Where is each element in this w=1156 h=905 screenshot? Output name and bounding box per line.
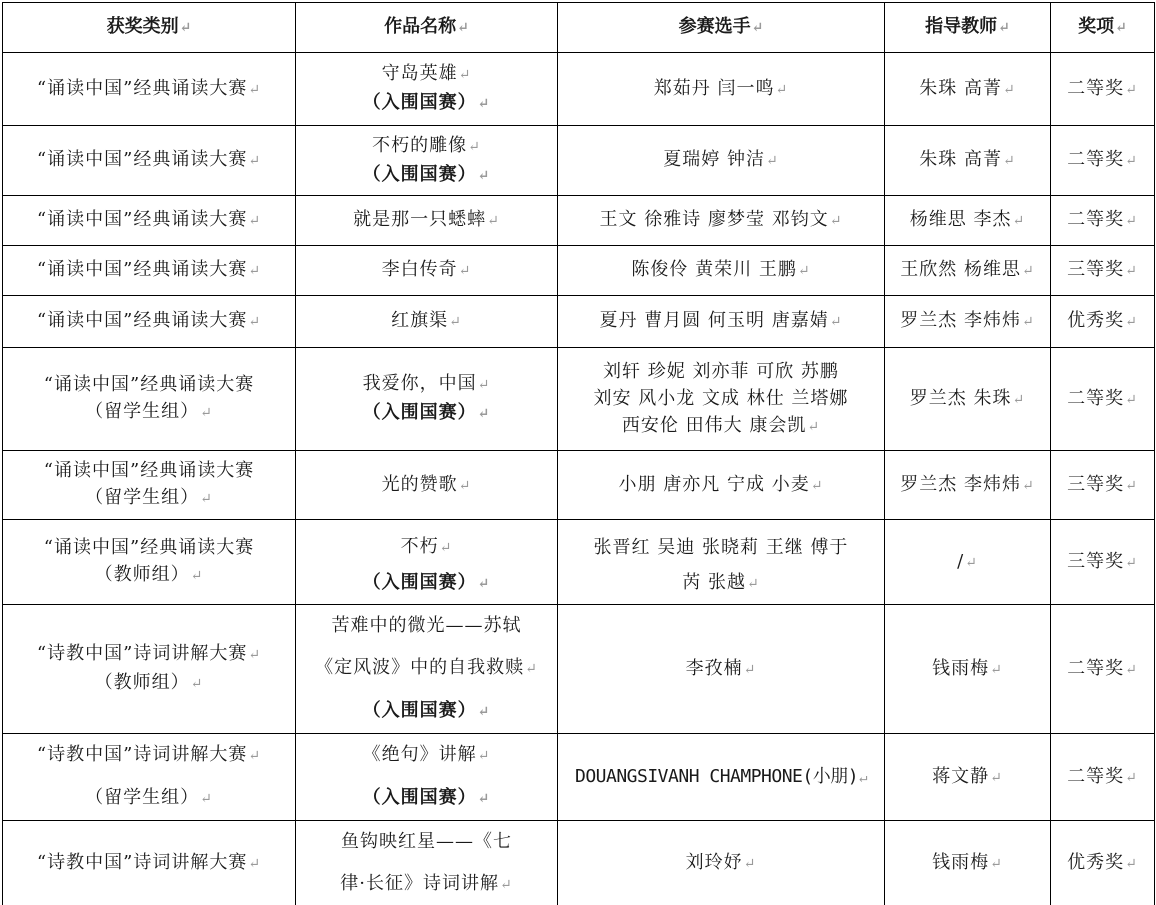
cell-award: 优秀奖↵ — [1051, 296, 1155, 348]
cell-teachers: 罗兰杰 朱珠↵ — [885, 348, 1051, 451]
table-row: “诵读中国”经典诵读大赛 （教师组）↵ 不朽↵ （入围国赛）↵ 张晋红 吴迪 张… — [3, 520, 1155, 605]
header-teachers: 指导教师↵ — [885, 3, 1051, 53]
cell-participants: 王文 徐雅诗 廖梦莹 邓钧文↵ — [558, 196, 885, 246]
cell-participants: 陈俊伶 黄荣川 王鹏↵ — [558, 246, 885, 296]
cell-participants: DOUANGSIVANH CHAMPHONE(小朋)↵ — [558, 734, 885, 821]
cell-category: “诵读中国”经典诵读大赛↵ — [3, 53, 296, 126]
cell-category: “诵读中国”经典诵读大赛 （教师组）↵ — [3, 520, 296, 605]
cell-work: 就是那一只蟋蟀↵ — [296, 196, 558, 246]
cell-award: 二等奖↵ — [1051, 53, 1155, 126]
cell-work: 李白传奇↵ — [296, 246, 558, 296]
header-work: 作品名称↵ — [296, 3, 558, 53]
cell-teachers: 钱雨梅↵ — [885, 605, 1051, 734]
cell-teachers: /↵ — [885, 520, 1051, 605]
paragraph-mark-icon: ↵ — [1115, 20, 1127, 36]
cell-participants: 郑茹丹 闫一鸣↵ — [558, 53, 885, 126]
header-participants: 参赛选手↵ — [558, 3, 885, 53]
cell-award: 二等奖↵ — [1051, 734, 1155, 821]
header-award: 奖项↵ — [1051, 3, 1155, 53]
cell-participants: 刘轩 珍妮 刘亦菲 可欣 苏鹏 刘安 风小龙 文成 林仕 兰塔娜 西安伦 田伟大… — [558, 348, 885, 451]
cell-category: “诵读中国”经典诵读大赛↵ — [3, 246, 296, 296]
cell-work: 不朽的雕像↵ （入围国赛）↵ — [296, 126, 558, 196]
cell-teachers: 王欣然 杨维思↵ — [885, 246, 1051, 296]
cell-work: 守岛英雄↵ （入围国赛）↵ — [296, 53, 558, 126]
table-row: “诵读中国”经典诵读大赛↵ 就是那一只蟋蟀↵ 王文 徐雅诗 廖梦莹 邓钧文↵ 杨… — [3, 196, 1155, 246]
table-row: “诗教中国”诗词讲解大赛↵ 鱼钩映红星——《七 律·长征》诗词讲解↵ 刘玲妤↵ … — [3, 821, 1155, 905]
table-row: “诵读中国”经典诵读大赛 （留学生组）↵ 光的赞歌↵ 小朋 唐亦凡 宁成 小麦↵… — [3, 451, 1155, 520]
cell-teachers: 朱珠 高菁↵ — [885, 53, 1051, 126]
cell-participants: 夏丹 曹月圆 何玉明 唐嘉婧↵ — [558, 296, 885, 348]
cell-award: 二等奖↵ — [1051, 126, 1155, 196]
cell-category: “诵读中国”经典诵读大赛 （留学生组）↵ — [3, 451, 296, 520]
cell-category: “诗教中国”诗词讲解大赛↵ （教师组）↵ — [3, 605, 296, 734]
paragraph-mark-icon: ↵ — [457, 20, 469, 36]
cell-work: 红旗渠↵ — [296, 296, 558, 348]
table-row: “诗教中国”诗词讲解大赛↵ （教师组）↵ 苦难中的微光——苏轼 《定风波》中的自… — [3, 605, 1155, 734]
cell-work: 鱼钩映红星——《七 律·长征》诗词讲解↵ — [296, 821, 558, 905]
table-row: “诵读中国”经典诵读大赛↵ 不朽的雕像↵ （入围国赛）↵ 夏瑞婷 钟洁↵ 朱珠 … — [3, 126, 1155, 196]
table-row: “诗教中国”诗词讲解大赛↵ （留学生组）↵ 《绝句》讲解↵ （入围国赛）↵ DO… — [3, 734, 1155, 821]
paragraph-mark-icon: ↵ — [752, 20, 764, 36]
cell-work: 不朽↵ （入围国赛）↵ — [296, 520, 558, 605]
cell-category: “诗教中国”诗词讲解大赛↵ （留学生组）↵ — [3, 734, 296, 821]
cell-category: “诵读中国”经典诵读大赛↵ — [3, 296, 296, 348]
cell-category: “诵读中国”经典诵读大赛 （留学生组）↵ — [3, 348, 296, 451]
cell-participants: 张晋红 吴迪 张晓莉 王继 傅于 芮 张越↵ — [558, 520, 885, 605]
cell-work: 我爱你，中国↵ （入围国赛）↵ — [296, 348, 558, 451]
cell-award: 优秀奖↵ — [1051, 821, 1155, 905]
paragraph-mark-icon: ↵ — [180, 20, 192, 36]
cell-participants: 夏瑞婷 钟洁↵ — [558, 126, 885, 196]
cell-teachers: 钱雨梅↵ — [885, 821, 1051, 905]
cell-work: 《绝句》讲解↵ （入围国赛）↵ — [296, 734, 558, 821]
paragraph-mark-icon: ↵ — [998, 20, 1010, 36]
cell-work: 光的赞歌↵ — [296, 451, 558, 520]
cell-teachers: 杨维思 李杰↵ — [885, 196, 1051, 246]
cell-award: 三等奖↵ — [1051, 246, 1155, 296]
cell-award: 三等奖↵ — [1051, 451, 1155, 520]
cell-award: 二等奖↵ — [1051, 348, 1155, 451]
header-row: 获奖类别↵ 作品名称↵ 参赛选手↵ 指导教师↵ 奖项↵ — [3, 3, 1155, 53]
cell-teachers: 罗兰杰 李炜炜↵ — [885, 451, 1051, 520]
awards-table: 获奖类别↵ 作品名称↵ 参赛选手↵ 指导教师↵ 奖项↵ “诵读中国”经典诵读大赛… — [2, 2, 1155, 905]
table-row: “诵读中国”经典诵读大赛↵ 红旗渠↵ 夏丹 曹月圆 何玉明 唐嘉婧↵ 罗兰杰 李… — [3, 296, 1155, 348]
cell-award: 二等奖↵ — [1051, 196, 1155, 246]
cell-category: “诵读中国”经典诵读大赛↵ — [3, 196, 296, 246]
cell-category: “诵读中国”经典诵读大赛↵ — [3, 126, 296, 196]
cell-teachers: 罗兰杰 李炜炜↵ — [885, 296, 1051, 348]
cell-participants: 李孜楠↵ — [558, 605, 885, 734]
header-category: 获奖类别↵ — [3, 3, 296, 53]
table-row: “诵读中国”经典诵读大赛↵ 李白传奇↵ 陈俊伶 黄荣川 王鹏↵ 王欣然 杨维思↵… — [3, 246, 1155, 296]
cell-participants: 刘玲妤↵ — [558, 821, 885, 905]
cell-award: 二等奖↵ — [1051, 605, 1155, 734]
cell-teachers: 蒋文静↵ — [885, 734, 1051, 821]
cell-participants: 小朋 唐亦凡 宁成 小麦↵ — [558, 451, 885, 520]
cell-work: 苦难中的微光——苏轼 《定风波》中的自我救赎↵ （入围国赛）↵ — [296, 605, 558, 734]
table-row: “诵读中国”经典诵读大赛 （留学生组）↵ 我爱你，中国↵ （入围国赛）↵ 刘轩 … — [3, 348, 1155, 451]
cell-teachers: 朱珠 高菁↵ — [885, 126, 1051, 196]
cell-category: “诗教中国”诗词讲解大赛↵ — [3, 821, 296, 905]
table-row: “诵读中国”经典诵读大赛↵ 守岛英雄↵ （入围国赛）↵ 郑茹丹 闫一鸣↵ 朱珠 … — [3, 53, 1155, 126]
cell-award: 三等奖↵ — [1051, 520, 1155, 605]
